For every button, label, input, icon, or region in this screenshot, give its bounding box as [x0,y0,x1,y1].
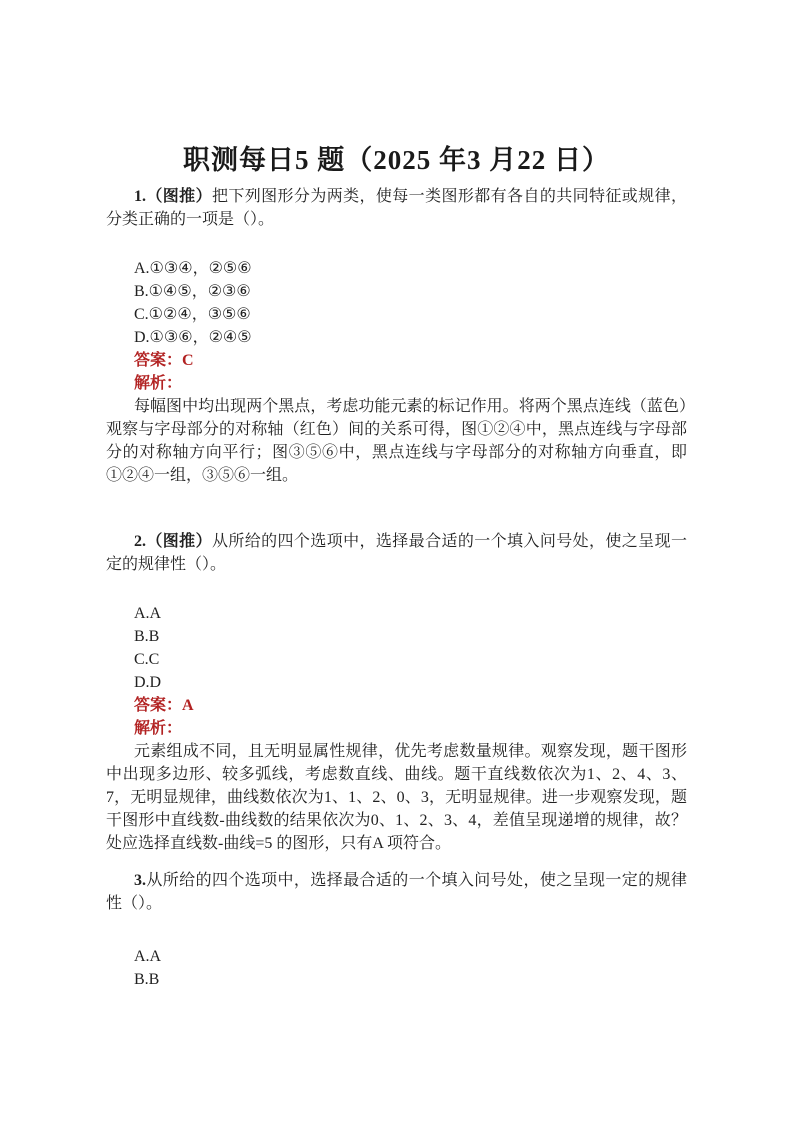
option-a: A.A [106,602,687,625]
question-2-answer: 答案：A [106,694,687,717]
option-d: D.D [106,671,687,694]
question-1-options: A.①③④，②⑤⑥ B.①④⑤，②③⑥ C.①②④，③⑤⑥ D.①③⑥，②④⑤ [106,257,687,349]
question-1-explanation: 每幅图中均出现两个黑点，考虑功能元素的标记作用。将两个黑点连线（蓝色）观察与字母… [106,395,687,487]
answer-value: A [182,697,194,714]
answer-label: 答案： [134,697,182,714]
question-1-text: 1.（图推）把下列图形分为两类，使每一类图形都有各自的共同特征或规律，分类正确的… [106,185,687,231]
question-1-answer: 答案：C [106,349,687,372]
option-a: A.A [106,945,687,968]
question-1-tag: （图推） [146,188,212,205]
option-b: B.①④⑤，②③⑥ [106,280,687,303]
question-3: 3.从所给的四个选项中，选择最合适的一个填入问号处，使之呈现一定的规律性（）。 … [106,869,687,991]
option-b: B.B [106,625,687,648]
question-2-explanation: 元素组成不同，且无明显属性规律，优先考虑数量规律。观察发现，题干图形中出现多边形… [106,740,687,855]
question-3-text: 3.从所给的四个选项中，选择最合适的一个填入问号处，使之呈现一定的规律性（）。 [106,869,687,915]
page-title: 职测每日5 题（2025 年3 月22 日） [106,143,687,177]
question-1-explanation-label: 解析： [106,372,687,395]
answer-label: 答案： [134,352,182,369]
document-page: 职测每日5 题（2025 年3 月22 日） 1.（图推）把下列图形分为两类，使… [0,0,793,1121]
question-2-tag: （图推） [146,533,212,550]
option-c: C.①②④，③⑤⑥ [106,303,687,326]
option-a: A.①③④，②⑤⑥ [106,257,687,280]
answer-value: C [182,352,194,369]
option-d: D.①③⑥，②④⑤ [106,326,687,349]
option-c: C.C [106,648,687,671]
question-3-options: A.A B.B [106,945,687,991]
question-2-explanation-label: 解析： [106,717,687,740]
question-2-options: A.A B.B C.C D.D [106,602,687,694]
question-3-stem: 从所给的四个选项中，选择最合适的一个填入问号处，使之呈现一定的规律性（）。 [106,872,687,912]
question-2: 2.（图推）从所给的四个选项中，选择最合适的一个填入问号处，使之呈现一定的规律性… [106,530,687,855]
question-1-number: 1. [134,188,146,205]
question-3-number: 3. [134,872,146,889]
question-1: 1.（图推）把下列图形分为两类，使每一类图形都有各自的共同特征或规律，分类正确的… [106,185,687,487]
question-2-number: 2. [134,533,146,550]
option-b: B.B [106,968,687,991]
question-2-text: 2.（图推）从所给的四个选项中，选择最合适的一个填入问号处，使之呈现一定的规律性… [106,530,687,576]
